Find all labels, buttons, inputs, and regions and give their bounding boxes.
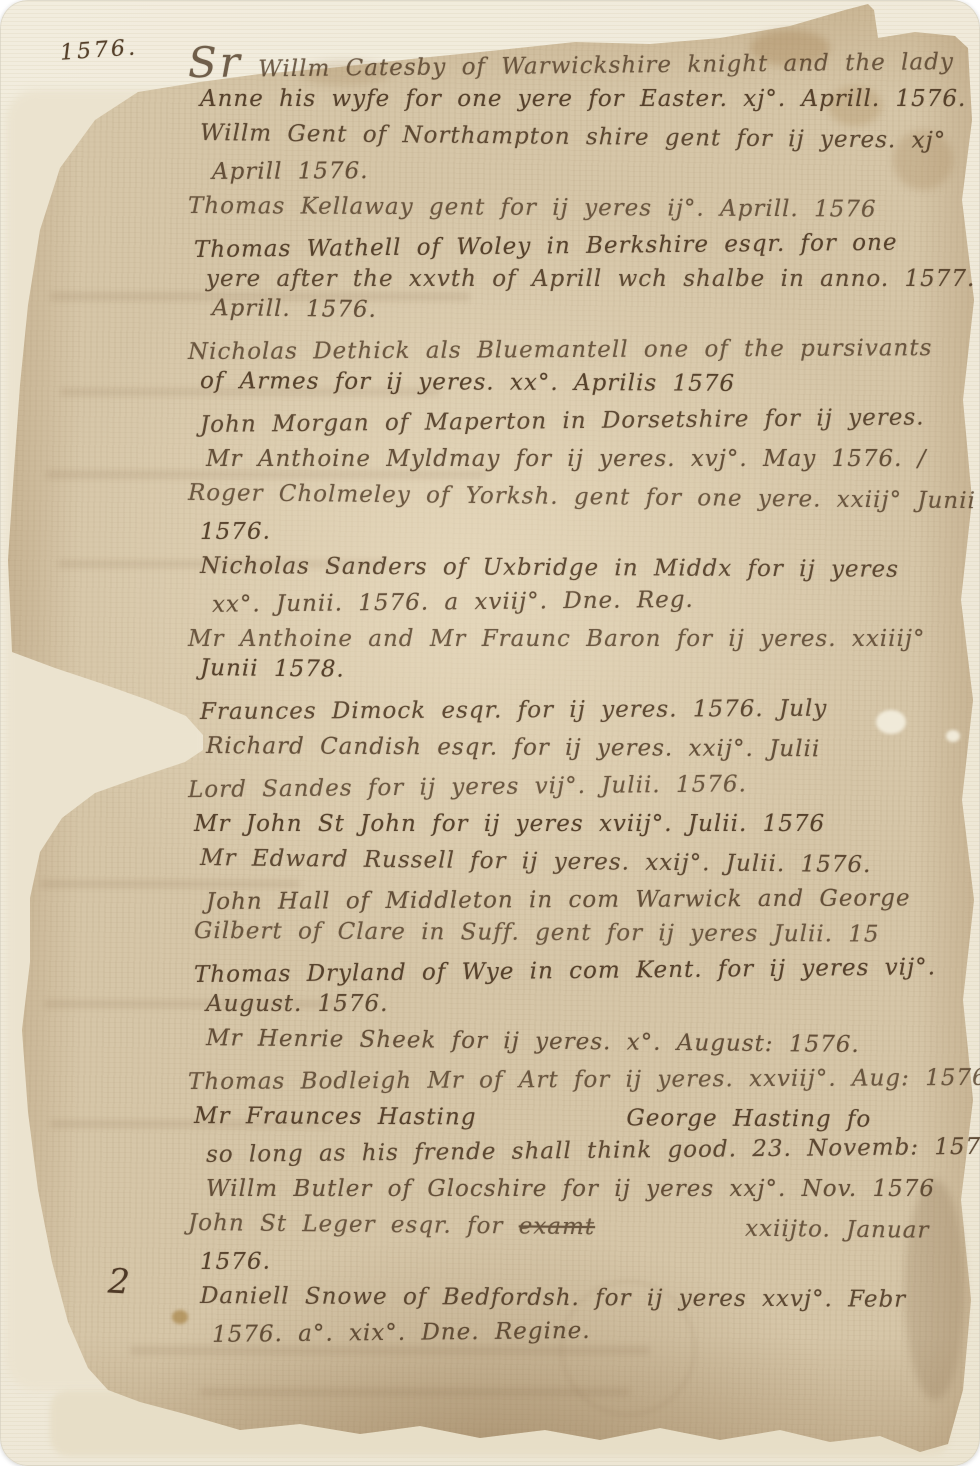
margin-year-note: 1576. — [59, 35, 139, 65]
manuscript-entry: Willm Gent of Northampton shire gent for… — [188, 121, 968, 187]
manuscript-line: Richard Candish esqr. for ij yeres. xxij… — [188, 730, 968, 767]
line-text: George Hasting fo — [626, 1105, 871, 1132]
manuscript-entry: Mr Fraunces HastingGeorge Hasting foso l… — [188, 1102, 968, 1168]
manuscript-entry: Fraunces Dimock esqr. for ij yeres. 1576… — [188, 694, 968, 727]
manuscript-entry: Sr Willm Catesby of Warwickshire knight … — [188, 42, 968, 116]
manuscript-entry: Nicholas Dethick als Bluemantell one of … — [188, 334, 968, 400]
page-number: 2 — [107, 1261, 131, 1302]
manuscript-line: Mr Henrie Sheek for ij yeres. x°. August… — [188, 1022, 968, 1063]
manuscript-entry: Thomas Bodleigh Mr of Art for ij yeres. … — [188, 1064, 968, 1097]
line-text: Thomas Wathell of Woley in Berkshire esq… — [194, 230, 898, 263]
line-text: xxiijto. Januar — [745, 1216, 930, 1244]
struck-text: examt — [519, 1213, 596, 1240]
line-text: Willm Butler of Glocshire for ij yeres x… — [206, 1176, 935, 1202]
line-text: xx°. Junii. 1576. a xviij°. Dne. Reg. — [212, 587, 694, 618]
line-text: 1576. — [200, 1249, 271, 1275]
manuscript-entry: Daniell Snowe of Bedfordsh. for ij yeres… — [188, 1282, 968, 1348]
manuscript-line: Junii 1578. — [188, 652, 968, 693]
line-text: Mr Anthoine and Mr Fraunc Baron for ij y… — [188, 626, 926, 652]
manuscript-entry: Mr Anthoine and Mr Fraunc Baron for ij y… — [188, 623, 968, 689]
manuscript-entry: Mr Henrie Sheek for ij yeres. x°. August… — [188, 1026, 968, 1059]
line-text: so long as his frende shall think good. … — [206, 1134, 980, 1168]
line-gap — [595, 1234, 745, 1236]
manuscript-line: yere after the xxvth of Aprill wch shalb… — [188, 263, 968, 296]
manuscript-line: Aprill. 1576. — [188, 292, 968, 333]
line-gap — [476, 1124, 626, 1125]
manuscript-line: 1576. a°. xix°. Dne. Regine. — [188, 1311, 968, 1352]
manuscript-entry: Thomas Kellaway gent for ij yeres ij°. A… — [188, 192, 968, 225]
line-text: Aprill 1576. — [212, 158, 369, 185]
line-text: Willm Catesby of Warwickshire knight and… — [243, 49, 954, 82]
line-text: Thomas Bodleigh Mr of Art for ij yeres. … — [188, 1065, 980, 1095]
manuscript-line: Sr Willm Catesby of Warwickshire knight … — [188, 38, 968, 87]
manuscript-entry: Thomas Dryland of Wye in com Kent. for i… — [188, 955, 968, 1021]
manuscript-line: John Hall of Middleton in com Warwick an… — [188, 882, 968, 919]
line-text: Mr Fraunces Hasting — [194, 1103, 477, 1130]
line-text: Thomas Dryland of Wye in com Kent. for i… — [194, 954, 936, 988]
manuscript-entry: Mr John St John for ij yeres xviij°. Jul… — [188, 808, 968, 841]
manuscript-entry: Richard Candish esqr. for ij yeres. xxij… — [188, 732, 968, 765]
manuscript-line: August. 1576. — [188, 988, 968, 1021]
manuscript-line: so long as his frende shall think good. … — [188, 1131, 968, 1172]
manuscript-line: Anne his wyfe for one yere for Easter. x… — [188, 83, 968, 116]
line-text: Richard Candish esqr. for ij yeres. xxij… — [206, 733, 820, 762]
line-text: Roger Cholmeley of Yorksh. gent for one … — [188, 480, 976, 514]
manuscript-line: Willm Butler of Glocshire for ij yeres x… — [188, 1173, 968, 1206]
manuscript-entry: Willm Butler of Glocshire for ij yeres x… — [188, 1173, 968, 1206]
line-text: John St Leger esqr. for — [188, 1210, 519, 1239]
line-text: Aprill. 1576. — [212, 295, 377, 323]
manuscript-line: Mr John St John for ij yeres xviij°. Jul… — [188, 808, 968, 841]
line-text: Nicholas Dethick als Bluemantell one of … — [188, 335, 933, 365]
line-text: yere after the xxvth of Aprill wch shalb… — [206, 266, 980, 292]
line-text: Mr Edward Russell for ij yeres. xxij°. J… — [200, 845, 872, 878]
line-text: of Armes for ij yeres. xx°. Aprilis 1576 — [200, 368, 735, 397]
manuscript-line: Thomas Wathell of Woley in Berkshire esq… — [188, 226, 968, 267]
line-text: Gilbert of Clare in Suff. gent for ij ye… — [194, 918, 880, 948]
line-text: John Hall of Middleton in com Warwick an… — [206, 885, 911, 915]
manuscript-line: Lord Sandes for ij yeres vij°. Julii. 15… — [188, 766, 968, 807]
line-text: Nicholas Sanders of Uxbridge in Middx fo… — [200, 553, 899, 583]
manuscript-line: Mr Anthoine and Mr Fraunc Baron for ij y… — [188, 623, 968, 656]
manuscript-entry: John St Leger esqr. for examtxxiijto. Ja… — [188, 1211, 968, 1277]
line-text: 1576. — [200, 519, 271, 545]
line-text: 1576. a°. xix°. Dne. Regine. — [212, 1318, 591, 1348]
manuscript-entry: John Hall of Middleton in com Warwick an… — [188, 884, 968, 950]
manuscript-line: Nicholas Dethick als Bluemantell one of … — [188, 332, 968, 369]
line-text: Mr Henrie Sheek for ij yeres. x°. August… — [206, 1025, 860, 1058]
manuscript-entry: Lord Sandes for ij yeres vij°. Julii. 15… — [188, 770, 968, 803]
line-text: John Morgan of Maperton in Dorsetshire f… — [200, 404, 925, 438]
manuscript-line: xx°. Junii. 1576. a xviij°. Dne. Reg. — [188, 581, 968, 622]
manuscript-entry: Nicholas Sanders of Uxbridge in Middx fo… — [188, 552, 968, 618]
manuscript-entry: Thomas Wathell of Woley in Berkshire esq… — [188, 230, 968, 329]
line-text: Willm Gent of Northampton shire gent for… — [200, 120, 946, 154]
manuscript-line: Mr Edward Russell for ij yeres. xxij°. J… — [188, 842, 968, 883]
manuscript-line: 1576. — [188, 1242, 968, 1279]
line-text: Mr Anthoine Myldmay for ij yeres. xvj°. … — [206, 446, 927, 472]
manuscript-line: Fraunces Dimock esqr. for ij yeres. 1576… — [188, 692, 968, 729]
manuscript-text: Sr Willm Catesby of Warwickshire knight … — [188, 42, 968, 1466]
manuscript-entry: Roger Cholmeley of Yorksh. gent for one … — [188, 481, 968, 547]
manuscript-line: 1576. — [188, 512, 968, 549]
manuscript-line: Aprill 1576. — [188, 152, 968, 189]
line-text: Anne his wyfe for one yere for Easter. x… — [200, 86, 966, 112]
manuscript-line: of Armes for ij yeres. xx°. Aprilis 1576 — [188, 365, 968, 402]
line-text: Daniell Snowe of Bedfordsh. for ij yeres… — [200, 1283, 906, 1313]
manuscript-entry: Mr Anthoine Myldmay for ij yeres. xvj°. … — [188, 443, 968, 476]
manuscript-entry: Mr Edward Russell for ij yeres. xxij°. J… — [188, 846, 968, 879]
manuscript-line: Thomas Bodleigh Mr of Art for ij yeres. … — [188, 1062, 968, 1099]
line-text: Fraunces Dimock esqr. for ij yeres. 1576… — [200, 696, 827, 725]
manuscript-line: Gilbert of Clare in Suff. gent for ij ye… — [188, 915, 968, 952]
line-text: Thomas Kellaway gent for ij yeres ij°. A… — [188, 193, 877, 223]
manuscript-line: John Morgan of Maperton in Dorsetshire f… — [188, 401, 968, 442]
manuscript-line: Thomas Dryland of Wye in com Kent. for i… — [188, 951, 968, 992]
manuscript-line: Mr Anthoine Myldmay for ij yeres. xvj°. … — [188, 443, 968, 476]
line-text: Mr John St John for ij yeres xviij°. Jul… — [194, 811, 825, 837]
manuscript-entry: John Morgan of Maperton in Dorsetshire f… — [188, 405, 968, 438]
manuscript-photo: 1576. 2 Sr Willm Catesby of Warwickshire… — [0, 0, 980, 1466]
line-text: Lord Sandes for ij yeres vij°. Julii. 15… — [188, 771, 747, 803]
manuscript-line: Thomas Kellaway gent for ij yeres ij°. A… — [188, 190, 968, 227]
line-text: August. 1576. — [206, 991, 388, 1017]
flourished-initial: Sr — [188, 38, 243, 88]
line-text: Junii 1578. — [200, 655, 345, 683]
